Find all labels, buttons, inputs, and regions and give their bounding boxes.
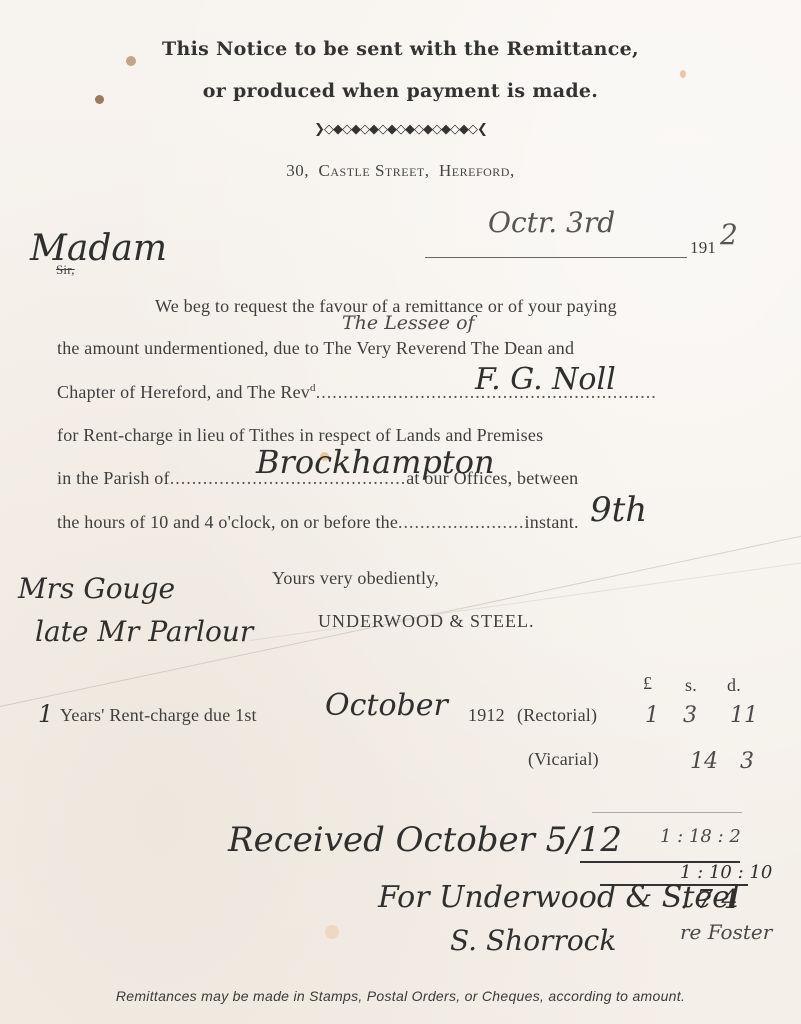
date-handwritten: Octr. 3rd <box>488 206 615 239</box>
office-address: 30, Castle Street, Hereford, <box>0 161 801 181</box>
rectorial-shillings: 3 <box>683 703 697 728</box>
parish-handwritten: Brockhampton <box>256 443 495 481</box>
insertion-lessee: The Lessee of <box>342 312 475 334</box>
rev-name-handwritten: F. G. Noll <box>475 362 616 397</box>
body-line-6: the hours of 10 and 4 o'clock, on or bef… <box>57 512 579 533</box>
month-handwritten: October <box>325 688 448 723</box>
body-line-2: the amount undermentioned, due to The Ve… <box>57 338 574 359</box>
rectorial-pounds: 1 <box>645 703 659 728</box>
pounds-header: £ <box>643 673 652 694</box>
salutation-handwritten: Madam <box>30 228 167 269</box>
received-note: Received October 5/12 <box>228 820 622 860</box>
foxing-stain <box>325 925 339 939</box>
vicarial-label: (Vicarial) <box>528 749 599 770</box>
year-handwritten: 2 <box>720 218 738 251</box>
signature: S. Shorrock <box>450 924 616 957</box>
line6-prefix: the hours of 10 and 4 o'clock, on or bef… <box>57 512 398 532</box>
foxing-stain <box>680 70 686 78</box>
ornament-divider: ❯◇◆◇◆◇◆◇◆◇◆◇◆◇◆◇◆◇❮ <box>0 122 801 137</box>
footer-remittance-note: Remittances may be made in Stamps, Posta… <box>0 988 801 1004</box>
rectorial-label: (Rectorial) <box>517 705 597 726</box>
firm-name: UNDERWOOD & STEEL. <box>318 611 534 632</box>
total-rule <box>592 812 742 813</box>
pence-header: d. <box>727 675 741 696</box>
salutation-printed-struck: Sir, <box>56 262 75 278</box>
addressee-line1: Mrs Gouge <box>18 572 175 605</box>
years-count-handwritten: 1 <box>38 700 53 728</box>
address-number: 30, <box>286 161 309 180</box>
line6-suffix: instant. <box>525 512 579 532</box>
receipt-note: re Foster <box>680 920 772 944</box>
vicarial-pence: 3 <box>740 749 754 774</box>
notice-heading-line2: or produced when payment is made. <box>0 80 801 102</box>
address-street: Castle Street, <box>319 161 430 180</box>
rent-charge-description: Years' Rent-charge due 1st <box>60 705 257 726</box>
line5-prefix: in the Parish of <box>57 468 170 488</box>
address-city: Hereford, <box>439 161 515 180</box>
shillings-header: s. <box>685 675 697 696</box>
notice-heading-line1: This Notice to be sent with the Remittan… <box>0 38 801 60</box>
rectorial-pence: 11 <box>730 703 758 728</box>
valediction: Yours very obediently, <box>272 568 439 589</box>
year-printed: 191 <box>690 238 716 258</box>
line3-prefix: Chapter of Hereford, and The Rev <box>57 382 310 402</box>
vicarial-shillings: 14 <box>690 749 718 774</box>
dotted-leader: ....................... <box>398 512 525 532</box>
receipt-total: 1 : 18 : 2 <box>660 826 741 847</box>
charge-year: 1912 <box>468 705 505 726</box>
date-rule <box>425 257 687 258</box>
addressee-line2: late Mr Parlour <box>35 615 253 648</box>
day-handwritten: 9th <box>590 490 647 530</box>
receipt-balance: . 7 4 <box>680 885 738 915</box>
